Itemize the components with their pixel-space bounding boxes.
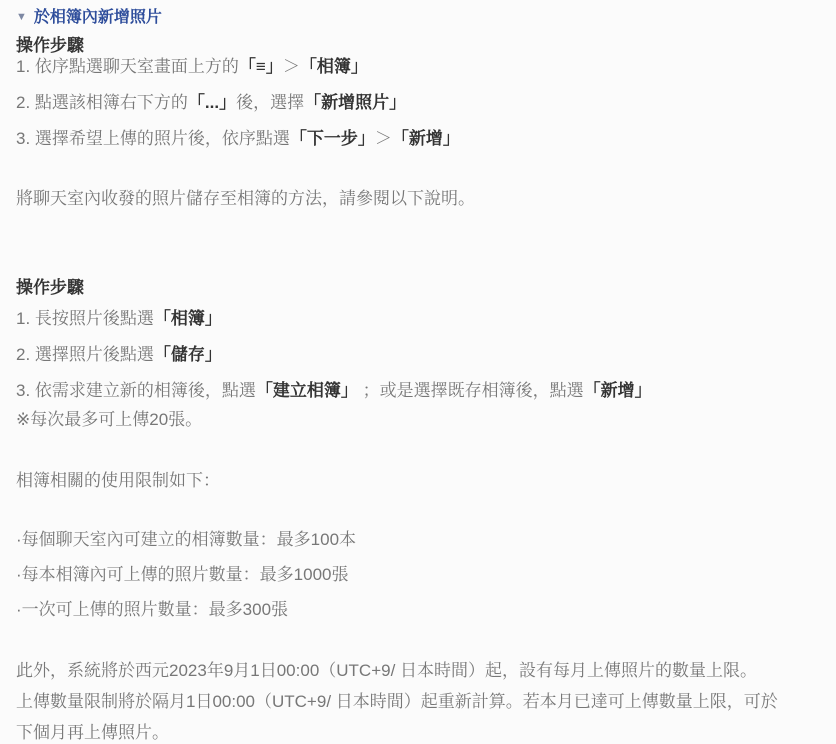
paragraph-line: 此外，系統將於西元2023年9月1日00:00（UTC+9/ 日本時間）起，設有…: [16, 655, 820, 686]
section-toggle[interactable]: ▼ 於相簿內新增照片: [16, 6, 820, 30]
monthly-limit-paragraph: 此外，系統將於西元2023年9月1日00:00（UTC+9/ 日本時間）起，設有…: [16, 655, 820, 744]
limits-intro: 相簿相關的使用限制如下：: [16, 463, 820, 499]
step-item: 1. 依序點選聊天室畫面上方的「≡」＞「相簿」: [16, 49, 820, 85]
list-item: ·每個聊天室內可建立的相簿數量：最多100本: [16, 522, 820, 557]
triangle-down-icon: ▼: [16, 5, 27, 29]
step-item: 1. 長按照片後點選「相簿」: [16, 301, 820, 337]
step-item: 2. 選擇照片後點選「儲存」: [16, 337, 820, 373]
list-item: ·一次可上傳的照片數量：最多300張: [16, 592, 820, 627]
list-item: ·每本相簿內可上傳的照片數量：最多1000張: [16, 557, 820, 592]
step-item: 3. 依需求建立新的相簿後，點選「建立相簿」 ；或是選擇既存相簿後，點選「新增」: [16, 373, 820, 409]
help-article: ▼ 於相簿內新增照片 操作步驟 1. 依序點選聊天室畫面上方的「≡」＞「相簿」 …: [0, 0, 836, 744]
upload-limit-note: ※每次最多可上傳20張。: [16, 405, 820, 435]
step-item: 3. 選擇希望上傳的照片後，依序點選「下一步」＞「新增」: [16, 121, 820, 157]
steps-list-1: 1. 依序點選聊天室畫面上方的「≡」＞「相簿」 2. 點選該相簿右下方的「...…: [16, 49, 820, 157]
paragraph-line: 上傳數量限制將於隔月1日00:00（UTC+9/ 日本時間）起重新計算。若本月已…: [16, 686, 820, 717]
limits-list: ·每個聊天室內可建立的相簿數量：最多100本 ·每本相簿內可上傳的照片數量：最多…: [16, 522, 820, 627]
intro-paragraph: 將聊天室內收發的照片儲存至相簿的方法，請參閱以下說明。: [16, 181, 820, 217]
steps-list-2: 1. 長按照片後點選「相簿」 2. 選擇照片後點選「儲存」 3. 依需求建立新的…: [16, 301, 820, 409]
step-item: 2. 點選該相簿右下方的「...」後，選擇「新增照片」: [16, 85, 820, 121]
steps-heading-2: 操作步驟: [16, 276, 820, 300]
section-title: 於相簿內新增照片: [34, 6, 162, 30]
paragraph-line: 下個月再上傳照片。: [16, 717, 820, 744]
